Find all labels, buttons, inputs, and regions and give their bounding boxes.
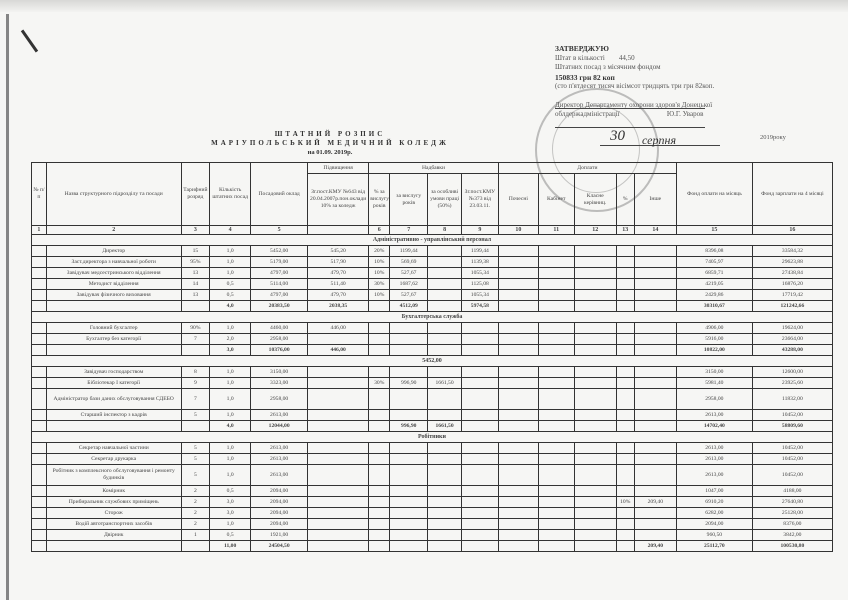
bonus-kmu <box>461 486 498 497</box>
salary: 4797,00 <box>251 268 308 279</box>
salary: 2613,00 <box>251 454 308 465</box>
position-name <box>46 345 181 356</box>
extra-cabinet <box>538 519 574 530</box>
bonus-pct: 10% <box>369 257 390 268</box>
bonus-pct <box>369 519 390 530</box>
extra-other <box>634 443 676 454</box>
staff-count: 0,5 <box>210 290 251 301</box>
salary: 2094,00 <box>251 519 308 530</box>
fund-month: 2613,00 <box>676 454 752 465</box>
grade: 8 <box>181 367 209 378</box>
extra-honor <box>498 290 538 301</box>
signer-name: Ю.Г. Уваров <box>667 110 704 118</box>
staff-count: 0,5 <box>210 486 251 497</box>
extra-honor <box>498 410 538 421</box>
table-row: Бухгалтер без категорії72,02958,005916,0… <box>32 334 833 345</box>
raise: 479,70 <box>308 268 369 279</box>
fund-4m: 27438,84 <box>752 268 832 279</box>
sign-day: 30 <box>610 128 625 145</box>
fund-words: (сто п'ятдесят тисяч вісімсот тридцять т… <box>555 82 714 92</box>
pen-mark <box>21 29 38 52</box>
extra-pct <box>616 257 634 268</box>
extra-cabinet <box>538 465 574 486</box>
bonus-years <box>390 486 428 497</box>
header-extra-pct: % <box>616 174 634 226</box>
total-4m: 43288,00 <box>752 345 832 356</box>
fund-4m: 4188,00 <box>752 486 832 497</box>
total-salary: 12044,00 <box>251 421 308 432</box>
extra-cabinet <box>538 389 574 410</box>
bonus-pct <box>369 486 390 497</box>
fund-month: 5981,40 <box>676 378 752 389</box>
total-kmu <box>461 421 498 432</box>
grade <box>181 541 209 552</box>
column-number: 7 <box>390 226 428 235</box>
raise: 545,20 <box>308 246 369 257</box>
bonus-pct <box>369 323 390 334</box>
extra-pct <box>616 334 634 345</box>
salary: 3323,00 <box>251 378 308 389</box>
raise: 479,70 <box>308 290 369 301</box>
extra-pct <box>616 246 634 257</box>
position-name: Робітник з комплексного обслуговування і… <box>46 465 181 486</box>
staff-count: 1,0 <box>210 410 251 421</box>
grade: 2 <box>181 508 209 519</box>
extra-other <box>634 246 676 257</box>
grade: 5 <box>181 443 209 454</box>
fund-4m: 10452,00 <box>752 465 832 486</box>
extra-class <box>574 443 616 454</box>
grade: 13 <box>181 268 209 279</box>
position-name: Секретар навчальної частини <box>46 443 181 454</box>
extra-cabinet <box>538 279 574 290</box>
bonus-pct: 20% <box>369 246 390 257</box>
row-number <box>32 257 47 268</box>
bonus-special <box>428 454 462 465</box>
salary: 2094,00 <box>251 497 308 508</box>
bonus-special <box>428 519 462 530</box>
total-years <box>390 541 428 552</box>
scan-edge-left <box>6 14 9 600</box>
total-special <box>428 541 462 552</box>
bonus-special <box>428 508 462 519</box>
extra-cabinet <box>538 541 574 552</box>
fund-month: 2613,00 <box>676 410 752 421</box>
table-row: Головний бухгалтер90%1,04460,00446,00490… <box>32 323 833 334</box>
total-count: 4,0 <box>210 301 251 312</box>
document-date: на 01.09. 2019р. <box>180 148 480 157</box>
extra-honor <box>498 268 538 279</box>
extra-other <box>634 378 676 389</box>
bonus-years <box>390 508 428 519</box>
bonus-years <box>390 410 428 421</box>
position-name: Секретар друкарка <box>46 454 181 465</box>
staff-count: 0,5 <box>210 279 251 290</box>
table-row: Адміністратор бази даних обслуговування … <box>32 389 833 410</box>
staff-count: 1,0 <box>210 246 251 257</box>
bonus-kmu <box>461 465 498 486</box>
extra-pct <box>616 367 634 378</box>
raise <box>308 454 369 465</box>
position-name <box>46 421 181 432</box>
extra-cabinet <box>538 378 574 389</box>
fund-month: 6910,20 <box>676 497 752 508</box>
table-row: Завідувач господарством81,03150,003150,0… <box>32 367 833 378</box>
position-name: Бухгалтер без категорії <box>46 334 181 345</box>
salary: 5114,00 <box>251 279 308 290</box>
extra-honor <box>498 367 538 378</box>
extra-cabinet <box>538 443 574 454</box>
total-4m: 121242,66 <box>752 301 832 312</box>
scan-edge <box>0 0 848 12</box>
bonus-kmu <box>461 378 498 389</box>
extra-class <box>574 279 616 290</box>
staff-count: 1,0 <box>210 268 251 279</box>
row-number <box>32 334 47 345</box>
fund-month: 3150,00 <box>676 367 752 378</box>
bonus-kmu: 1125,08 <box>461 279 498 290</box>
extra-pct <box>616 454 634 465</box>
extra-class <box>574 519 616 530</box>
extra-cabinet <box>538 323 574 334</box>
bonus-special <box>428 410 462 421</box>
extra-pct <box>616 541 634 552</box>
salary: 2613,00 <box>251 443 308 454</box>
extra-pct <box>616 279 634 290</box>
table-row: Робітник з комплексного обслуговування і… <box>32 465 833 486</box>
grade: 1 <box>181 530 209 541</box>
extra-honor <box>498 454 538 465</box>
extra-pct <box>616 519 634 530</box>
header-extra-group: Доплати <box>498 163 676 174</box>
row-number <box>32 541 47 552</box>
fund-month: 960,50 <box>676 530 752 541</box>
extra-other <box>634 508 676 519</box>
table-row: Комірник20,52094,001047,004188,00 <box>32 486 833 497</box>
grade: 7 <box>181 389 209 410</box>
extra-other <box>634 334 676 345</box>
extra-class <box>574 389 616 410</box>
extra-pct <box>616 443 634 454</box>
column-number: 3 <box>181 226 209 235</box>
extra-other: 209,40 <box>634 497 676 508</box>
extra-cabinet <box>538 508 574 519</box>
header-bonus-kmu: Зг.пост.КМУ №373 від 23.03.11. <box>461 174 498 226</box>
bonus-pct <box>369 301 390 312</box>
salary: 4460,00 <box>251 323 308 334</box>
extra-honor <box>498 345 538 356</box>
bonus-special <box>428 334 462 345</box>
bonus-years <box>390 530 428 541</box>
staff-count: 3,0 <box>210 497 251 508</box>
fund-4m: 33584,32 <box>752 246 832 257</box>
extra-cabinet <box>538 268 574 279</box>
bonus-pct <box>369 389 390 410</box>
total-special <box>428 301 462 312</box>
bonus-special <box>428 367 462 378</box>
extra-cabinet <box>538 301 574 312</box>
raise <box>308 530 369 541</box>
extra-other <box>634 323 676 334</box>
salary: 5179,00 <box>251 257 308 268</box>
organization-name: МАРІУПОЛЬСЬКИЙ МЕДИЧНИЙ КОЛЕДЖ <box>180 139 480 148</box>
raise <box>308 443 369 454</box>
row-number <box>32 323 47 334</box>
bonus-kmu <box>461 334 498 345</box>
header-raise-group: Підвищення <box>308 163 369 174</box>
total-years <box>390 345 428 356</box>
header-name: Назва структурного підрозділу та посади <box>46 163 181 226</box>
header-salary: Посадовий оклад <box>251 163 308 226</box>
bonus-special <box>428 279 462 290</box>
bonus-years <box>390 323 428 334</box>
raise <box>308 508 369 519</box>
bonus-special <box>428 497 462 508</box>
column-number: 14 <box>634 226 676 235</box>
extra-other <box>634 519 676 530</box>
header-num: № п/п <box>32 163 47 226</box>
extra-class <box>574 465 616 486</box>
fund-month: 2429,86 <box>676 290 752 301</box>
bonus-special <box>428 530 462 541</box>
extra-honor <box>498 301 538 312</box>
salary: 2094,00 <box>251 486 308 497</box>
document-title-block: ШТАТНИЙ РОЗПИС МАРІУПОЛЬСЬКИЙ МЕДИЧНИЙ К… <box>180 130 480 157</box>
bonus-pct <box>369 410 390 421</box>
extra-pct <box>616 301 634 312</box>
bonus-pct: 10% <box>369 290 390 301</box>
fund-4m: 19624,00 <box>752 323 832 334</box>
salary: 4797,00 <box>251 290 308 301</box>
section-total-row: 11,0024504,50209,4025112,70100530,80 <box>32 541 833 552</box>
column-number: 8 <box>428 226 462 235</box>
total-month: 14702,40 <box>676 421 752 432</box>
extra-cabinet <box>538 421 574 432</box>
extra-other <box>634 257 676 268</box>
row-number <box>32 378 47 389</box>
extra-cabinet <box>538 410 574 421</box>
bonus-pct <box>369 334 390 345</box>
grade <box>181 301 209 312</box>
position-name: Прибиральник службових приміщень <box>46 497 181 508</box>
grade: 9 <box>181 378 209 389</box>
bonus-pct <box>369 508 390 519</box>
extra-other <box>634 389 676 410</box>
grade: 5 <box>181 465 209 486</box>
extra-class <box>574 410 616 421</box>
bonus-kmu <box>461 519 498 530</box>
bonus-years <box>390 389 428 410</box>
total-salary: 10376,00 <box>251 345 308 356</box>
row-number <box>32 268 47 279</box>
extra-honor <box>498 443 538 454</box>
raise <box>308 410 369 421</box>
grade: 7 <box>181 334 209 345</box>
bonus-years: 569,69 <box>390 257 428 268</box>
fund-value: 150833 грн 82 коп <box>555 73 714 83</box>
extra-cabinet <box>538 486 574 497</box>
column-numbers-row: 12345678910111213141516 <box>32 226 833 235</box>
total-kmu <box>461 541 498 552</box>
row-number <box>32 454 47 465</box>
header-count: Кількість штатних посад <box>210 163 251 226</box>
extra-pct <box>616 421 634 432</box>
header-bonus-special: за особливі умови праці (50%) <box>428 174 462 226</box>
table-row: Сторож23,02094,006282,0025128,00 <box>32 508 833 519</box>
column-number: 9 <box>461 226 498 235</box>
section-header-row: Робітники <box>32 432 833 443</box>
bonus-special <box>428 268 462 279</box>
extra-honor <box>498 246 538 257</box>
salary: 2094,00 <box>251 508 308 519</box>
extra-honor <box>498 389 538 410</box>
grade: 95% <box>181 257 209 268</box>
extra-honor <box>498 486 538 497</box>
section-total-row: 4,020383,502038,354512,095974,5830310,67… <box>32 301 833 312</box>
extra-other <box>634 454 676 465</box>
bonus-kmu <box>461 389 498 410</box>
row-number <box>32 246 47 257</box>
staff-units-label: Штат в кількості <box>555 54 605 62</box>
bonus-kmu: 1199,44 <box>461 246 498 257</box>
extra-class <box>574 268 616 279</box>
extra-honor <box>498 530 538 541</box>
extra-honor <box>498 541 538 552</box>
bonus-years <box>390 334 428 345</box>
extra-other <box>634 290 676 301</box>
column-number: 10 <box>498 226 538 235</box>
row-number <box>32 367 47 378</box>
extra-cabinet <box>538 497 574 508</box>
column-number: 4 <box>210 226 251 235</box>
bonus-special <box>428 290 462 301</box>
extra-pct: 10% <box>616 497 634 508</box>
fund-month: 2613,00 <box>676 465 752 486</box>
extra-pct <box>616 410 634 421</box>
extra-other <box>634 486 676 497</box>
bonus-kmu <box>461 530 498 541</box>
grade: 90% <box>181 323 209 334</box>
grade: 2 <box>181 486 209 497</box>
extra-other <box>634 367 676 378</box>
fund-4m: 10452,00 <box>752 443 832 454</box>
row-number <box>32 530 47 541</box>
fund-4m: 10452,00 <box>752 410 832 421</box>
row-number <box>32 345 47 356</box>
position-name: Сторож <box>46 508 181 519</box>
grade: 5 <box>181 410 209 421</box>
section-header-row: Адміністративно - управлінський персонал <box>32 235 833 246</box>
table-row: Завідувач медсестринського відділення131… <box>32 268 833 279</box>
grade: 2 <box>181 519 209 530</box>
raise <box>308 378 369 389</box>
total-other <box>634 301 676 312</box>
salary: 1921,00 <box>251 530 308 541</box>
raise <box>308 465 369 486</box>
raise <box>308 367 369 378</box>
extra-class <box>574 541 616 552</box>
bonus-special <box>428 465 462 486</box>
bonus-special <box>428 246 462 257</box>
fund-4m: 12600,00 <box>752 367 832 378</box>
fund-label: Штатних посад з місячним фондом <box>555 63 714 73</box>
bonus-kmu <box>461 367 498 378</box>
extra-cabinet <box>538 257 574 268</box>
position-name <box>46 541 181 552</box>
position-name: Завідувач фізичного виховання <box>46 290 181 301</box>
section-total-row: 3,010376,00446,0010822,0043288,00 <box>32 345 833 356</box>
bonus-pct: 10% <box>369 268 390 279</box>
extra-pct <box>616 389 634 410</box>
fund-4m: 23925,60 <box>752 378 832 389</box>
row-number <box>32 421 47 432</box>
extra-cabinet <box>538 290 574 301</box>
extra-pct <box>616 486 634 497</box>
fund-month: 6282,00 <box>676 508 752 519</box>
extra-other <box>634 268 676 279</box>
position-name: Бібліотекар І категорії <box>46 378 181 389</box>
grade: 14 <box>181 279 209 290</box>
raise <box>308 486 369 497</box>
section-header-row: Бухгалтерська служба <box>32 312 833 323</box>
section-title: Робітники <box>32 432 833 443</box>
extra-class <box>574 334 616 345</box>
table-row: Двірник10,51921,00960,503842,00 <box>32 530 833 541</box>
total-month: 30310,67 <box>676 301 752 312</box>
header-grade: Тарифний розряд <box>181 163 209 226</box>
position-name: Завідувач медсестринського відділення <box>46 268 181 279</box>
bonus-years <box>390 465 428 486</box>
fund-month: 8396,08 <box>676 246 752 257</box>
position-name: Методист відділення <box>46 279 181 290</box>
section-title: Бухгалтерська служба <box>32 312 833 323</box>
position-name: Комірник <box>46 486 181 497</box>
fund-4m: 3842,00 <box>752 530 832 541</box>
total-other <box>634 345 676 356</box>
extra-honor <box>498 323 538 334</box>
staff-count: 1,0 <box>210 465 251 486</box>
salary: 2613,00 <box>251 410 308 421</box>
fund-month: 5916,00 <box>676 334 752 345</box>
staff-count: 1,0 <box>210 389 251 410</box>
bonus-kmu: 1139,38 <box>461 257 498 268</box>
grade <box>181 345 209 356</box>
fund-4m: 25128,00 <box>752 508 832 519</box>
position-name: Заст.директора з навчальної роботи <box>46 257 181 268</box>
row-number <box>32 465 47 486</box>
total-raise: 446,00 <box>308 345 369 356</box>
staff-count: 1,0 <box>210 257 251 268</box>
sign-year: 2019року <box>760 134 786 141</box>
scanned-page: ЗАТВЕРДЖУЮ Штат в кількості 44,50 Штатни… <box>0 0 848 600</box>
extra-class <box>574 454 616 465</box>
section-title: Адміністративно - управлінський персонал <box>32 235 833 246</box>
total-years: 996,90 <box>390 421 428 432</box>
fund-4m: 23664,00 <box>752 334 832 345</box>
extra-honor <box>498 421 538 432</box>
raise <box>308 497 369 508</box>
total-kmu <box>461 345 498 356</box>
fund-4m: 17719,42 <box>752 290 832 301</box>
row-number <box>32 508 47 519</box>
salary: 5452,00 <box>251 246 308 257</box>
fund-month: 2094,00 <box>676 519 752 530</box>
bonus-kmu <box>461 454 498 465</box>
table-row: Бібліотекар І категорії91,03323,0030%996… <box>32 378 833 389</box>
column-number: 13 <box>616 226 634 235</box>
bonus-kmu <box>461 323 498 334</box>
extra-honor <box>498 497 538 508</box>
